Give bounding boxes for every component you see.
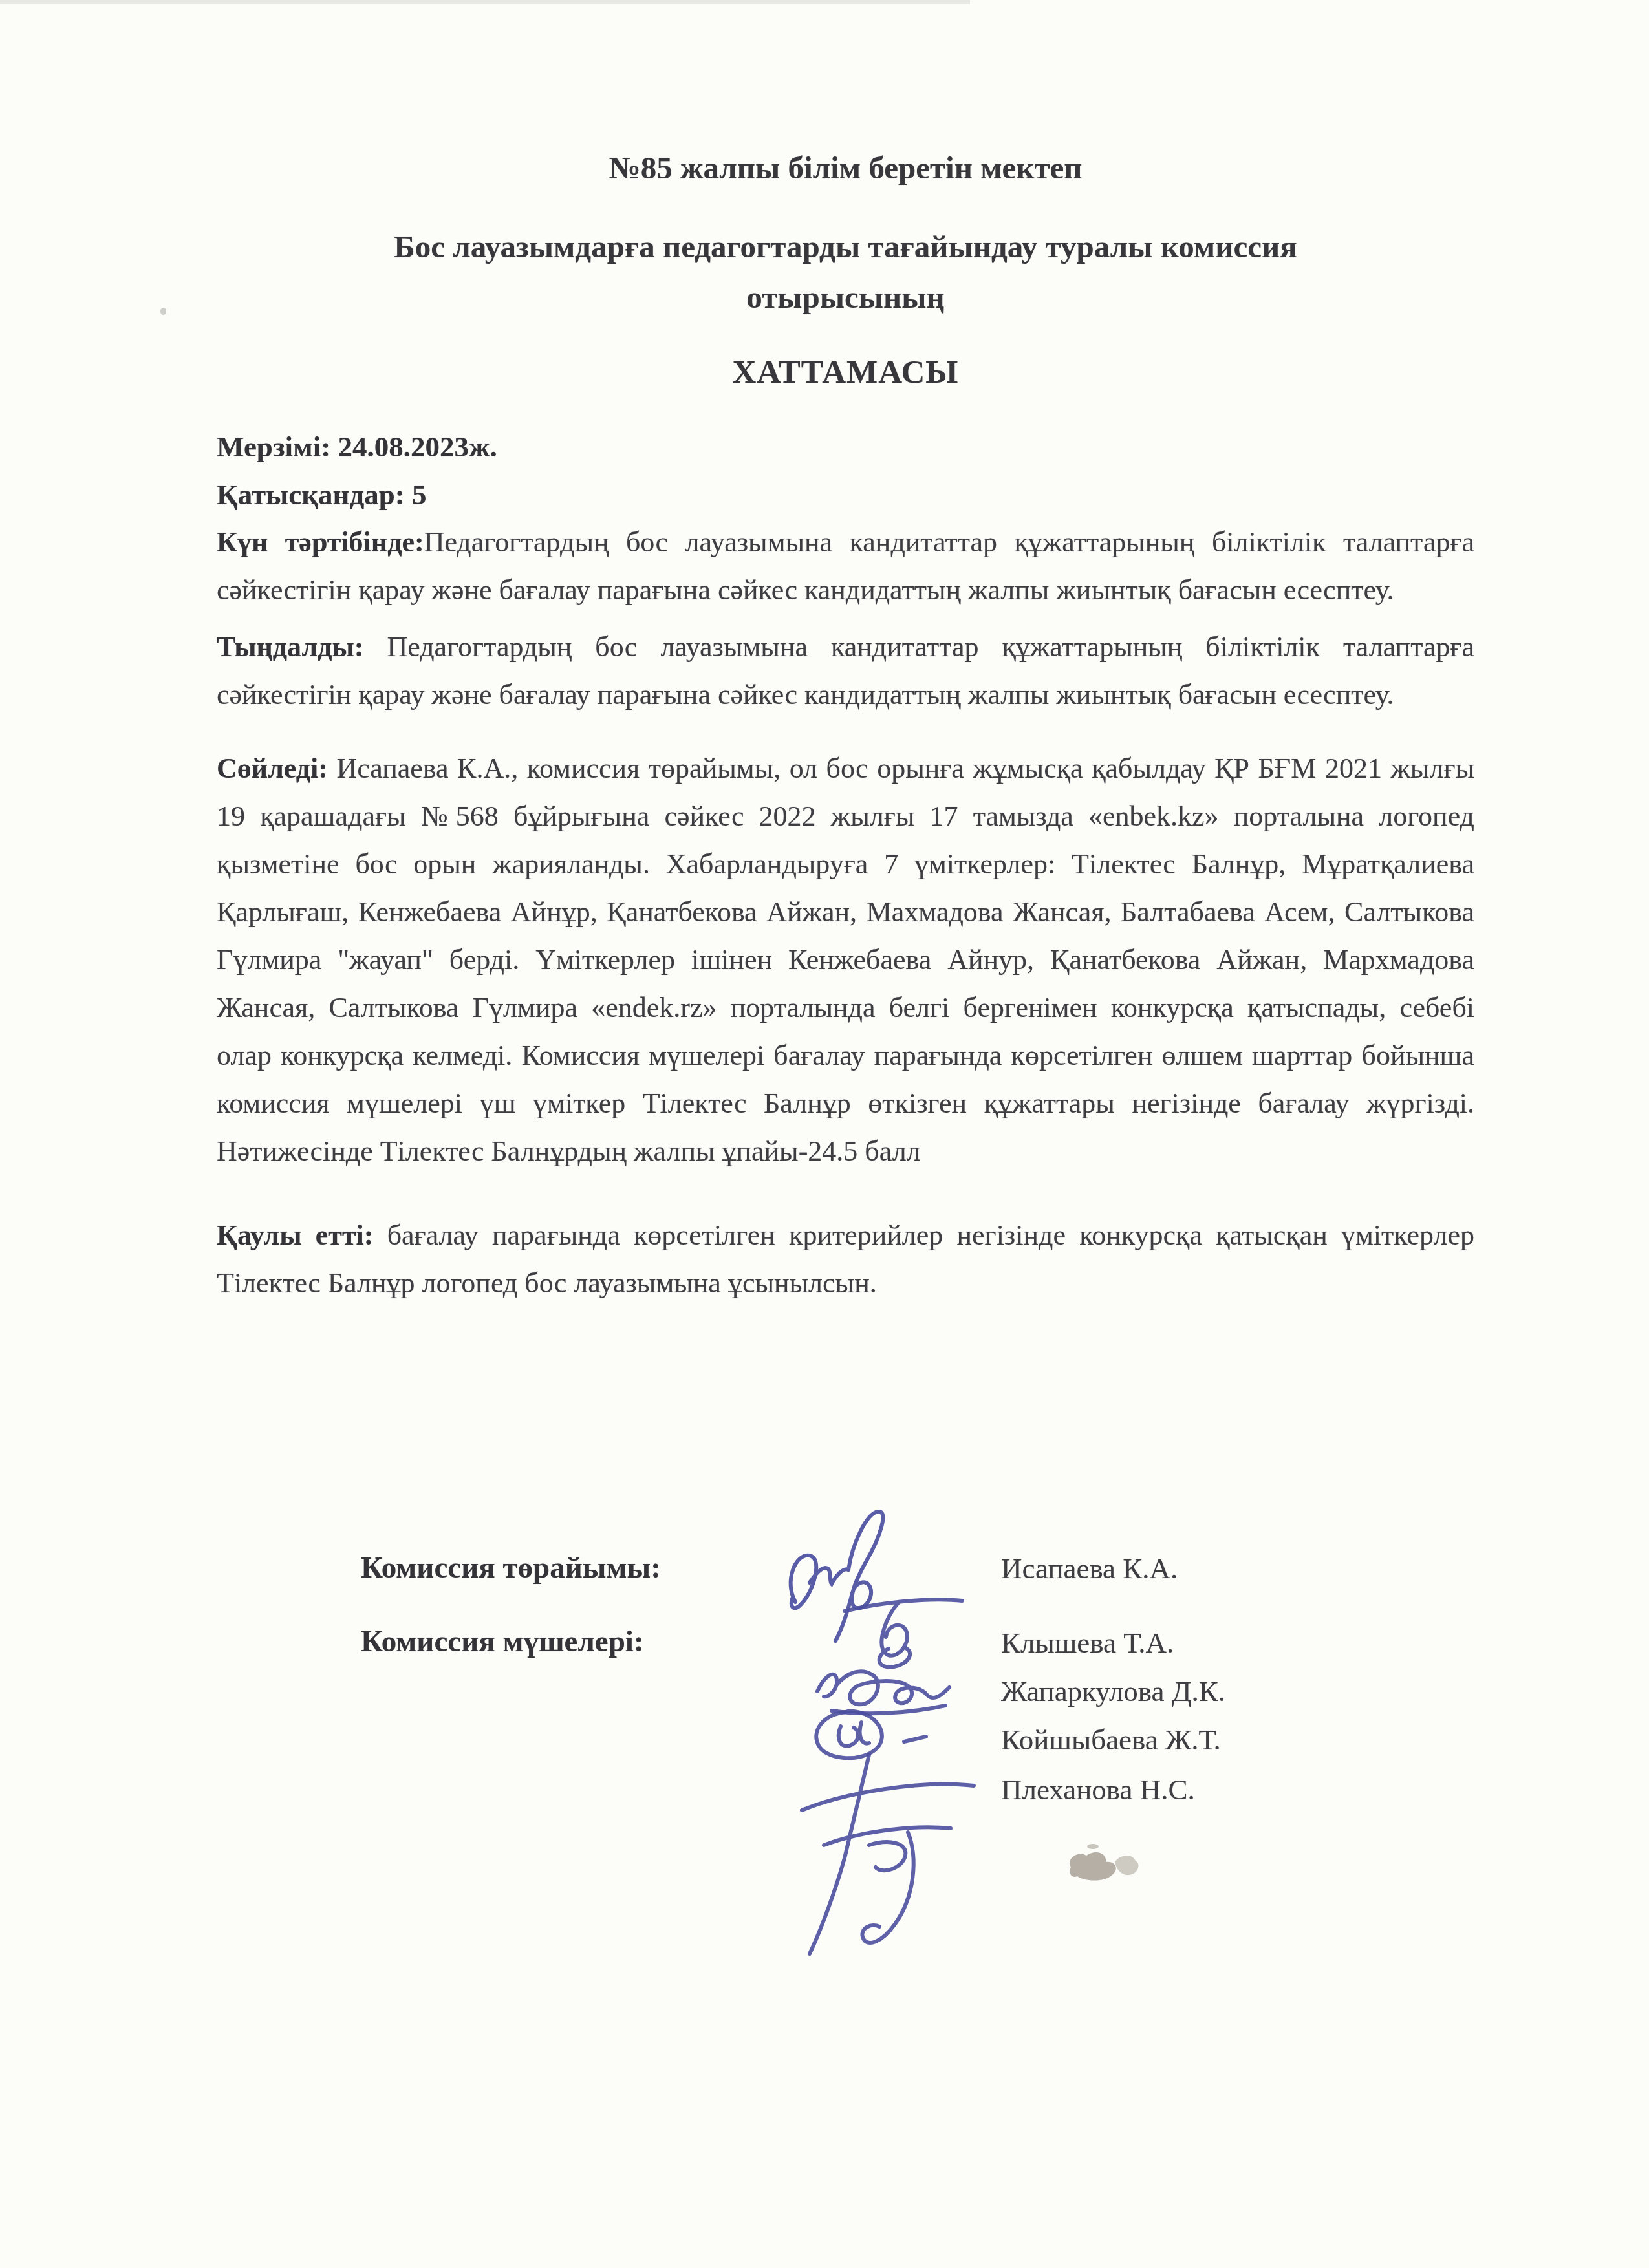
document-body: №85 жалпы білім беретін мектеп Бос лауаз… [217,0,1474,1307]
agenda-paragraph: Күн тәртібінде:Педагогтардың бос лауазым… [217,519,1474,614]
spoke-paragraph: Сөйледі: Исапаева К.А., комиссия төрайым… [217,745,1474,1175]
member-name: Клышева Т.А. [1001,1626,1174,1660]
chair-label: Комиссия төрайымы: [361,1550,661,1585]
resolved-paragraph: Қаулы етті: бағалау парағында көрсетілге… [217,1212,1474,1307]
member-name: Плеханова Н.С. [1001,1773,1195,1806]
spoke-label: Сөйледі: [217,753,328,784]
meta-block: Мерзімі: 24.08.2023ж. Қатысқандар: 5 [217,423,1474,519]
agenda-label: Күн тәртібінде: [217,526,424,558]
date-value: 24.08.2023ж. [330,431,497,463]
scan-speck [160,308,166,315]
heard-paragraph: Тыңдалды: Педагогтардың бос лауазымына к… [217,623,1474,719]
member-signature-icon [790,1747,991,1967]
member-name: Койшыбаева Ж.Т. [1001,1723,1221,1757]
doc-type-title: ХАТТАМАСЫ [217,350,1474,394]
date-line: Мерзімі: 24.08.2023ж. [217,423,1474,471]
date-label: Мерзімі: [217,431,330,463]
participants-line: Қатысқандар: 5 [217,471,1474,519]
members-label: Комиссия мүшелері: [361,1624,644,1659]
resolved-text: бағалау парағында көрсетілген критерийле… [217,1219,1474,1299]
participants-value: 5 [405,478,427,511]
doc-subtitle-line1: Бос лауазымдарға педагогтарды тағайындау… [217,226,1474,268]
member-name: Жапаркулова Д.К. [1001,1674,1225,1708]
ink-smudge-icon [1053,1841,1147,1890]
heard-text: Педагогтардың бос лауазымына кандитаттар… [217,631,1474,711]
scanned-protocol-page: №85 жалпы білім беретін мектеп Бос лауаз… [0,0,1649,2268]
resolved-label: Қаулы етті: [217,1219,373,1251]
participants-label: Қатысқандар: [217,478,405,511]
school-title: №85 жалпы білім беретін мектеп [217,147,1474,189]
chair-name: Исапаева К.А. [1001,1552,1178,1585]
spoke-text: Исапаева К.А., комиссия төрайымы, ол бос… [217,753,1474,1167]
doc-subtitle-line2: отырысының [217,277,1474,318]
heard-label: Тыңдалды: [217,631,363,663]
